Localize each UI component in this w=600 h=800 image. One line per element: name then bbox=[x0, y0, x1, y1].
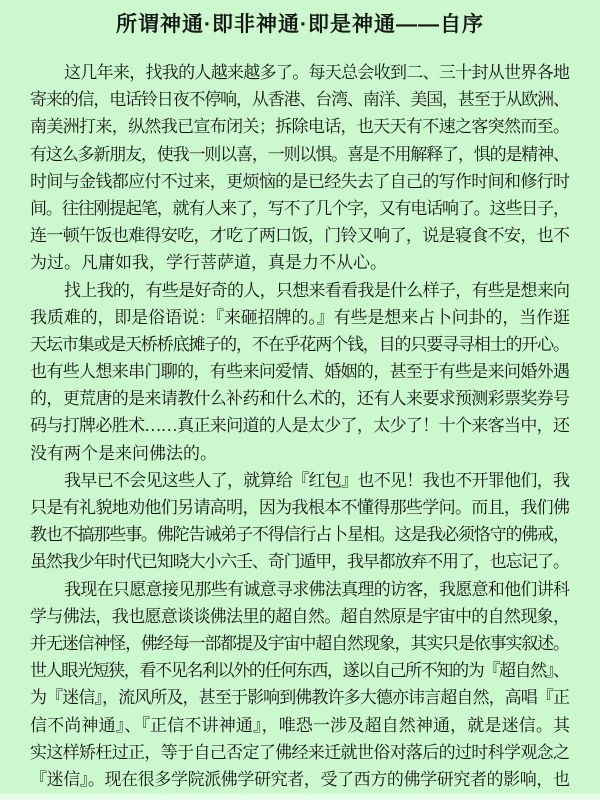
body-text: 这几年来，找我的人越来越多了。每天总会收到二、三十封从世界各地寄来的信，电话铃日… bbox=[30, 59, 570, 793]
text-line: 这几年来，找我的人越来越多了。每天总会收到二、三十封从世界各地 bbox=[30, 59, 570, 86]
text-line: 『迷信』。现在很多学院派佛学研究者，受了西方的佛学研究者的影响，也 bbox=[30, 766, 570, 793]
text-line: 寄来的信，电话铃日夜不停响，从香港、台湾、南洋、美国，甚至于从欧洲、 bbox=[30, 86, 570, 113]
text-line: 有这么多新朋友，使我一则以喜，一则以惧。喜是不用解释了，惧的是精神、 bbox=[30, 141, 570, 168]
text-line: 虽然我少年时代已知晓大小六壬、奇门遁甲，我早都放弃不用了，也忘记了。 bbox=[30, 548, 570, 575]
text-line: 我质难的，即是俗语说：『来砸招牌的。』有些是想来占卜问卦的，当作逛 bbox=[30, 304, 570, 331]
text-line: 码与打牌必胜术……真正来问道的人是太少了，太少了！十个来客当中，还 bbox=[30, 412, 570, 439]
text-line: 的，更荒唐的是来请教什么补药和什么术的，还有人来要求预测彩票奖券号 bbox=[30, 385, 570, 412]
text-line: 南美洲打来，纵然我已宣布闭关；拆除电话，也天天有不速之客突然而至。 bbox=[30, 113, 570, 140]
text-line: 时间与金钱都应付不过来，更烦恼的是已经失去了自己的写作时间和修行时 bbox=[30, 168, 570, 195]
page-bottom-edge bbox=[0, 794, 600, 800]
text-line: 只是有礼貌地劝他们另请高明，因为我根本不懂得那些学问。而且，我们佛 bbox=[30, 494, 570, 521]
text-line: 间。往往刚提起笔，就有人来了，写不了几个字，又有电话响了。这些日子， bbox=[30, 195, 570, 222]
page-title: 所谓神通·即非神通·即是神通——自序 bbox=[0, 0, 600, 38]
text-line: 学与佛法，我也愿意谈谈佛法里的超自然。超自然原是宇宙中的自然现象， bbox=[30, 603, 570, 630]
text-line: 为『迷信』，流风所及，甚至于影响到佛教许多大德亦讳言超自然，高唱『正 bbox=[30, 684, 570, 711]
text-line: 找上我的，有些是好奇的人，只想来看看我是什么样子，有些是想来向 bbox=[30, 277, 570, 304]
text-line: 没有两个是来问佛法的。 bbox=[30, 440, 570, 467]
text-line: 信不尚神通』、『正信不讲神通』，唯恐一涉及超自然神通，就是迷信。其 bbox=[30, 712, 570, 739]
text-line: 我早已不会见这些人了，就算给『红包』也不见！我也不开罪他们，我 bbox=[30, 467, 570, 494]
text-line: 连一顿午饭也难得安吃，才吃了两口饭，门铃又响了，说是寝食不安，也不 bbox=[30, 222, 570, 249]
text-line: 教也不搞那些事。佛陀告诫弟子不得信行占卜星相。这是我必须恪守的佛戒， bbox=[30, 521, 570, 548]
text-line: 天坛市集或是天桥桥底摊子的，不在乎花两个钱，目的只要寻寻相士的开心。 bbox=[30, 331, 570, 358]
document-page: 所谓神通·即非神通·即是神通——自序 这几年来，找我的人越来越多了。每天总会收到… bbox=[0, 0, 600, 800]
text-line: 世人眼光短狭，看不见名利以外的任何东西，遂以自己所不知的为『超自然』、 bbox=[30, 657, 570, 684]
text-line: 并无迷信神怪，佛经每一部都提及宇宙中超自然现象，其实只是依事实叙述。 bbox=[30, 630, 570, 657]
text-line: 我现在只愿意接见那些有诚意寻求佛法真理的访客，我愿意和他们讲科 bbox=[30, 576, 570, 603]
text-line: 为过。凡庸如我，学行菩萨道，真是力不从心。 bbox=[30, 249, 570, 276]
text-line: 也有些人想来串门聊的，有些来问爱情、婚姻的，甚至于有些是来问婚外遇 bbox=[30, 358, 570, 385]
text-line: 实这样矫枉过正，等于自己否定了佛经来迁就世俗对落后的过时科学观念之 bbox=[30, 739, 570, 766]
